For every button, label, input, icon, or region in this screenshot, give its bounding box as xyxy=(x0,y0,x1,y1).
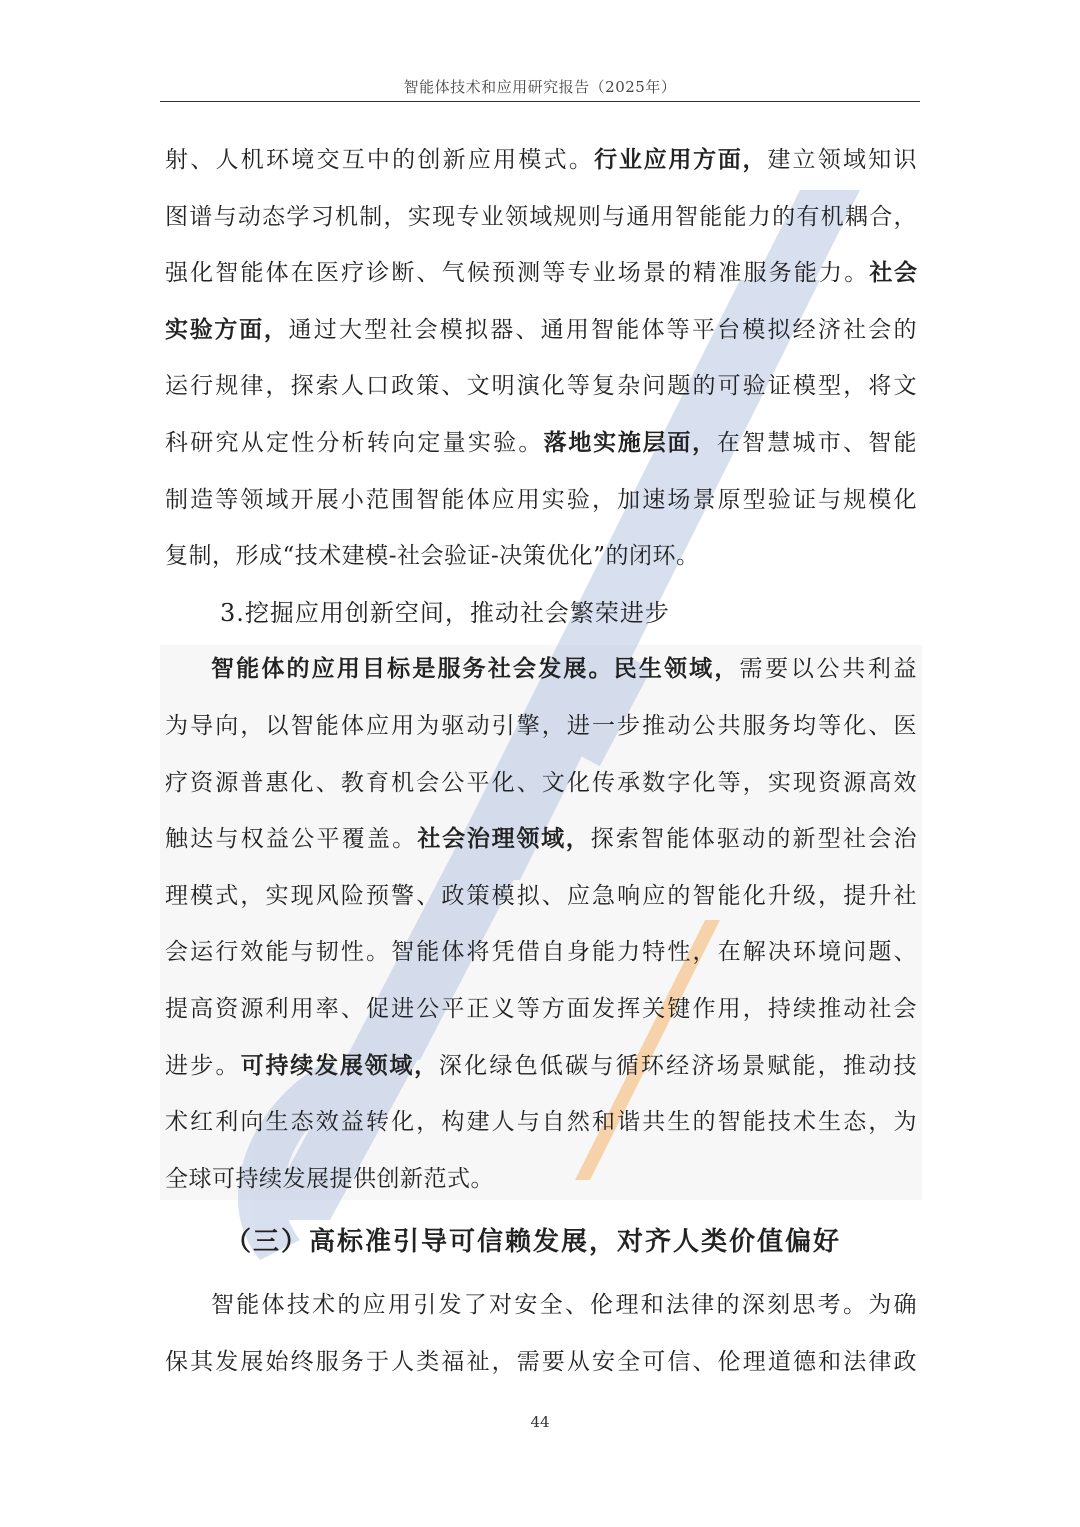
text-line: 智能体技术的应用引发了对安全、伦理和法律的深刻思考。为确 xyxy=(165,1277,917,1334)
paragraph-application-directions: 射、人机环境交互中的创新应用模式。行业应用方面，建立领域知识 图谱与动态学习机制… xyxy=(165,132,917,585)
text-line: 全球可持续发展提供创新范式。 xyxy=(165,1151,917,1208)
text-line: 复制，形成“技术建模-社会验证-决策优化”的闭环。 xyxy=(165,528,917,585)
text-line: 运行规律，探索人口政策、文明演化等复杂问题的可验证模型，将文 xyxy=(165,358,917,415)
paragraph-trustworthy-development: 智能体技术的应用引发了对安全、伦理和法律的深刻思考。为确 保其发展始终服务于人类… xyxy=(165,1277,917,1390)
header-divider xyxy=(160,101,920,102)
text-line: 触达与权益公平覆盖。社会治理领域，探索智能体驱动的新型社会治 xyxy=(165,811,917,868)
text-line: 射、人机环境交互中的创新应用模式。行业应用方面，建立领域知识 xyxy=(165,132,917,189)
text-span: 进步。 xyxy=(165,1053,241,1079)
text-span: 在智慧城市、智能 xyxy=(717,430,917,456)
running-header: 智能体技术和应用研究报告（2025年） xyxy=(160,76,920,97)
text-line: 保其发展始终服务于人类福祉，需要从安全可信、伦理道德和法律政 xyxy=(165,1334,917,1391)
bold-term-social-governance: 社会治理领域， xyxy=(417,826,590,852)
text-span: 强化智能体在医疗诊断、气候预测等专业场景的精准服务能力。 xyxy=(165,260,869,286)
text-line: 提高资源利用率、促进公平正义等方面发挥关键作用，持续推动社会 xyxy=(165,981,917,1038)
paragraph-social-development: 智能体的应用目标是服务社会发展。民生领域，需要以公共利益 为导向，以智能体应用为… xyxy=(165,641,917,1207)
page-number: 44 xyxy=(0,1413,1080,1431)
text-line: 科研究从定性分析转向定量实验。落地实施层面，在智慧城市、智能 xyxy=(165,415,917,472)
text-line: 会运行效能与韧性。智能体将凭借自身能力特性，在解决环境问题、 xyxy=(165,924,917,981)
text-span: 需要以公共利益 xyxy=(740,656,918,682)
text-line: 疗资源普惠化、教育机会公平化、文化传承数字化等，实现资源高效 xyxy=(165,755,917,812)
bold-term-implementation: 落地实施层面， xyxy=(544,430,717,456)
text-span: 科研究从定性分析转向定量实验。 xyxy=(165,430,544,456)
text-span: 射、人机环境交互中的创新应用模式。 xyxy=(165,147,594,173)
text-span: 通过大型社会模拟器、通用智能体等平台模拟经济社会的 xyxy=(289,317,917,343)
bold-term-social-experiment: 社会 xyxy=(869,260,917,286)
text-span: 建立领域知识 xyxy=(767,147,917,173)
bold-term-social-experiment-cont: 实验方面， xyxy=(165,317,289,343)
text-span: 触达与权益公平覆盖。 xyxy=(165,826,417,852)
text-line: 实验方面，通过大型社会模拟器、通用智能体等平台模拟经济社会的 xyxy=(165,302,917,359)
text-line: 进步。可持续发展领域，深化绿色低碳与循环经济场景赋能，推动技 xyxy=(165,1038,917,1095)
text-span: 深化绿色低碳与循环经济场景赋能，推动技 xyxy=(439,1053,917,1079)
text-line: 为导向，以智能体应用为驱动引擎，进一步推动公共服务均等化、医 xyxy=(165,698,917,755)
text-line: 术红利向生态效益转化，构建人与自然和谐共生的智能技术生态，为 xyxy=(165,1094,917,1151)
subheading-3: 3.挖掘应用创新空间，推动社会繁荣进步 xyxy=(165,585,917,642)
bold-term-sustainability: 可持续发展领域， xyxy=(241,1053,439,1079)
text-line: 制造等领域开展小范围智能体应用实验，加速场景原型验证与规模化 xyxy=(165,472,917,529)
section-heading-3: （三）高标准引导可信赖发展，对齐人类价值偏好 xyxy=(165,1207,917,1277)
text-line: 强化智能体在医疗诊断、气候预测等专业场景的精准服务能力。社会 xyxy=(165,245,917,302)
text-line: 智能体的应用目标是服务社会发展。民生领域，需要以公共利益 xyxy=(165,641,917,698)
text-line: 图谱与动态学习机制，实现专业领域规则与通用智能能力的有机耦合， xyxy=(165,189,917,246)
text-line: 理模式，实现风险预警、政策模拟、应急响应的智能化升级，提升社 xyxy=(165,868,917,925)
bold-term-livelihood: 智能体的应用目标是服务社会发展。民生领域， xyxy=(211,656,740,682)
document-body: 射、人机环境交互中的创新应用模式。行业应用方面，建立领域知识 图谱与动态学习机制… xyxy=(165,132,917,1390)
bold-term-industry-application: 行业应用方面， xyxy=(594,147,767,173)
text-span: 探索智能体驱动的新型社会治 xyxy=(591,826,917,852)
